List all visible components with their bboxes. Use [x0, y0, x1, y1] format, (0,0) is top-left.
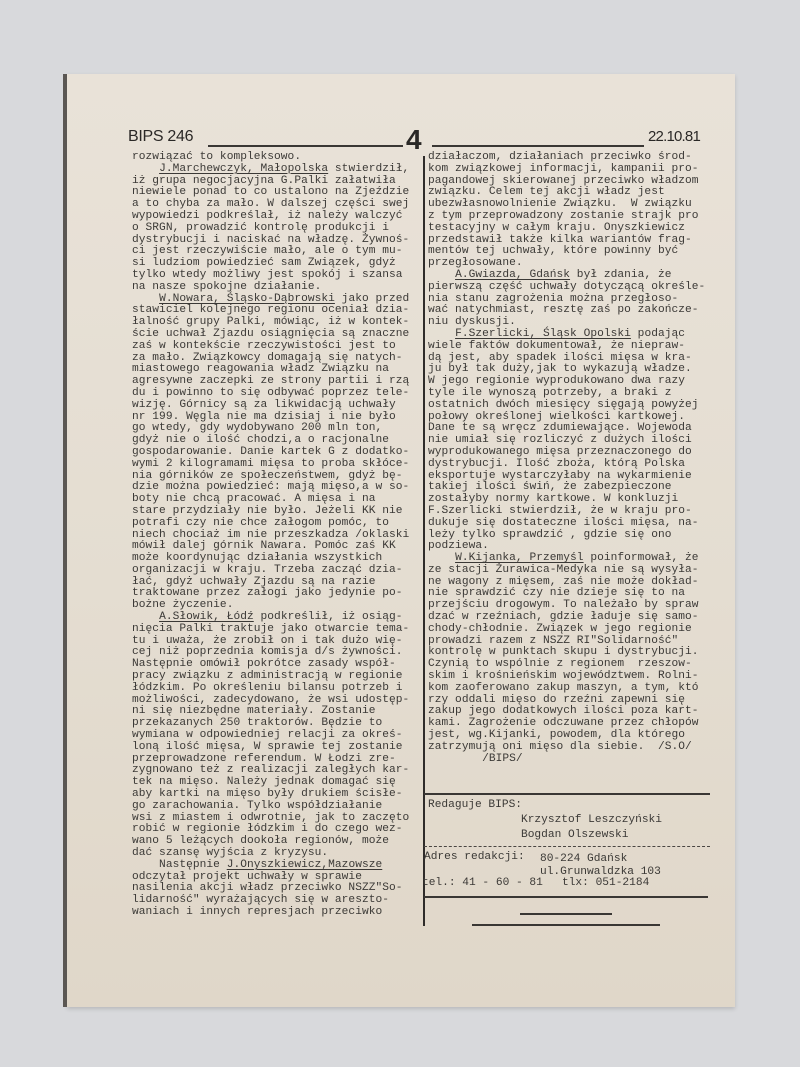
line-text: za mało. Związkowcy domagają się natych-	[132, 352, 403, 364]
line-text: kontrolę w punktach skupu i dystrybucji.	[428, 646, 699, 658]
line-text: o SRGN, prowadzić kontrolę produkcji i	[132, 222, 389, 234]
line-text: leży tylko sprawdzić , gdzie się ono	[428, 529, 672, 541]
editors-label: Redaguje BIPS:	[428, 800, 522, 812]
line-text: niech chociaż im nie przeszkadza /oklask…	[132, 529, 409, 541]
line-text: chody-chłodnie. Związek w jego regionie	[428, 623, 692, 635]
column-divider	[423, 156, 425, 926]
line-text: dystrybucji i naciskać na władzę. Żywnoś…	[132, 234, 409, 246]
line-text: łódzkim. Po określeniu bilansu potrzeb i	[132, 682, 403, 694]
line-text: przegłosowane.	[428, 257, 523, 269]
line-text: był zdania, że	[570, 269, 671, 281]
line-text: ju był tak duży,jak to wykazują władze.	[428, 363, 692, 375]
line-text: wano 5 leżących dookoła regionów, może	[132, 835, 389, 847]
line-text: W jego regionie wyprodukowano dwa razy	[428, 375, 685, 387]
line-text: zakup jego dodatkowych ilości poza kart-	[428, 705, 699, 717]
text-line: waniach i innych represjach przeciwko	[132, 907, 409, 919]
line-text: może koordynując działania wszystkich	[132, 552, 382, 564]
line-text: wać natychmiast, resztę zaś po zakończe-	[428, 304, 699, 316]
line-text: lidarność" wyrażających się w areszto-	[132, 894, 389, 906]
footer-box-bottom-rule	[424, 896, 708, 898]
line-text: związku. Celem tej akcji władz jest	[428, 186, 665, 198]
line-text: jako przed	[335, 293, 409, 305]
header-rule-left	[208, 145, 403, 147]
line-text: tyle ile wynoszą potrzeby, a braki z	[428, 387, 672, 399]
speaker-name: J.Onyszkiewicz,Mazowsze	[227, 859, 383, 871]
line-text: możliwości, zadecydowano, że wsi udostęp…	[132, 694, 409, 706]
speaker-name: A.Słowik, Łódź	[159, 611, 254, 623]
telex-number: tlx: 051-2184	[562, 878, 649, 890]
line-text: Dane te są wręcz zdumiewające. Wojewoda	[428, 422, 692, 434]
line-text: kom zaoferowano zakup maszyn, a tym, któ	[428, 682, 699, 694]
left-column-text: rozwiązać to kompleksowo. J.Marchewczyk,…	[132, 152, 409, 919]
line-text: dać szansę wyjścia z kryzysu.	[132, 847, 328, 859]
line-text: łalność grupy Palki, mówiąc, iż w kontek…	[132, 316, 409, 328]
line-text: prowadzi razem z NSZZ RI"Solidarność"	[428, 635, 678, 647]
line-text: potrafi czy nie chce załogom pomóc, to	[132, 517, 389, 529]
line-text: stawiciel kolejnego regionu oceniał dzia…	[132, 304, 409, 316]
line-text: wsi z miastem i odwrotnie, jak to zaczęt…	[132, 812, 409, 824]
line-text: boty nie chcą pracować. A mięsa i na	[132, 493, 376, 505]
line-text: dystrybucji. Ilość zboża, którą Polska	[428, 458, 685, 470]
line-text: ne wagony z mięsem, zaś nie może dokład-	[428, 576, 699, 588]
line-text: dzać w rzeźniach, gdzie ładuje się samo-	[428, 611, 699, 623]
page-number: 4	[406, 124, 422, 146]
line-text: organizacji w kraju. Trzeba zacząć dzia-	[132, 564, 403, 576]
line-text: ni się niezbędne materiały. Zostanie	[132, 705, 376, 717]
speaker-name: W.Kijanka, Przemyśl	[455, 552, 584, 564]
line-text: pagandowej skierowanej przeciwko władzom	[428, 175, 699, 187]
line-text: zostałyby normy kartkowe. W konkluzji	[428, 493, 678, 505]
line-text: agresywne zaczepki ze strony partii i rz…	[132, 375, 409, 387]
line-text: mentów tej uchwały, które powinny być	[428, 245, 678, 257]
line-text: podkreślił, iż osiąg-	[254, 611, 403, 623]
speaker-name: F.Szerlicki, Śląsk Opolski	[455, 328, 631, 340]
line-text: bożne życzenie.	[132, 599, 233, 611]
line-text: przejściu drogowym. To należało by spraw	[428, 599, 699, 611]
header-rule-right	[432, 145, 644, 147]
address-label: Adres redakcji:	[424, 852, 525, 864]
line-text: robić w regionie łódzkim i do czego wez-	[132, 823, 403, 835]
speaker-name: W.Nowara, Śląsko-Dąbrowski	[159, 293, 335, 305]
line-text: takiej ilości świń, że zabezpieczone	[428, 481, 672, 493]
line-text: kom związkowej informacji, kampanii pro-	[428, 163, 699, 175]
line-text: iż grupa negocjacyjna G.Palki załatwiła	[132, 175, 396, 187]
line-text: wymiana w odpowiedniej relacji za okreś-	[132, 729, 403, 741]
line-text: gdyż nie o ilość chodzi,a o racjonalne	[132, 434, 389, 446]
line-text: ubezwłasnowolnienie Związku. W związku	[428, 198, 692, 210]
line-text: tu i uważa, że zrobił on i tak dużo wię-	[132, 635, 403, 647]
line-text: du i powinno to się odbywać poprzez tele…	[132, 387, 409, 399]
indent: Następnie	[132, 859, 227, 871]
line-text: tek na mięso. Należy jednak domagać się	[132, 776, 396, 788]
line-text: go wtedy, gdy wydobywano 200 mln ton,	[132, 422, 382, 434]
line-text: dzie można powiedzieć: mają mięso,a w so…	[132, 481, 409, 493]
line-text: działaczom, działaniach przeciwko środ-	[428, 151, 692, 163]
line-text: go zarachowania. Tylko współdziałanie	[132, 800, 382, 812]
line-text: F.Szerlicki stwierdził, że w kraju pro-	[428, 505, 692, 517]
line-text: waniach i innych represjach przeciwko	[132, 906, 382, 918]
line-text: zaś w kontekście rzeczywistości jest to	[132, 340, 396, 352]
right-column-text: działaczom, działaniach przeciwko środ-k…	[428, 152, 705, 765]
line-text: wypowiedzi podkreślał, iż należy walczyć	[132, 210, 403, 222]
line-text: gospodarowanie. Danie kartek G z dodatko…	[132, 446, 409, 458]
line-text: niu dyskusji.	[428, 316, 516, 328]
line-text: skim i krośnieńskim województwem. Rolni-	[428, 670, 699, 682]
line-text: wizję. Górnicy są za likwidacją uchwały	[132, 399, 396, 411]
line-text: ście uchwał Zjazdu osiągnięcia są znaczn…	[132, 328, 409, 340]
line-text: zatrzymują oni mięso dla siebie. /S.O/	[428, 741, 692, 753]
indent	[428, 328, 455, 340]
indent	[132, 611, 159, 623]
issue-date: 22.10.81	[648, 128, 700, 150]
speaker-name: J.Marchewczyk, Małopolska	[159, 163, 328, 175]
line-text: wiele faktów dokumentował, że niepraw-	[428, 340, 685, 352]
line-text: z tym przeprowadzony zostanie strajk pro	[428, 210, 699, 222]
footer-box-dashed-rule	[424, 846, 710, 847]
line-text: rozwiązać to kompleksowo.	[132, 151, 301, 163]
closing-rule-long	[472, 924, 660, 926]
phone-number: tel.: 41 - 60 - 81	[422, 878, 543, 890]
indent	[428, 269, 455, 281]
line-text: /BIPS/	[428, 753, 523, 765]
line-text: nie umiał się rozliczyć z dużych ilości	[428, 434, 692, 446]
line-text: dą jest, aby spadek ilości mięsa w kra-	[428, 352, 692, 364]
speaker-name: A.Gwiazda, Gdańsk	[455, 269, 570, 281]
line-text: łać, gdyż uchwały Zjazdu są na razie	[132, 576, 376, 588]
indent	[132, 163, 159, 175]
line-text: nia górników ze społeczeństwem, gdyż bę-	[132, 470, 403, 482]
line-text: cej niż poprzednia komisja d/s żywności.	[132, 646, 403, 658]
newsletter-title: BIPS 246	[128, 128, 193, 150]
indent	[428, 552, 455, 564]
footer-box-top-rule	[424, 793, 710, 795]
line-text: podając	[631, 328, 685, 340]
line-text: przedstawił także kilka wariantów frag-	[428, 234, 692, 246]
line-text: aby kartki na mięso były drukiem ścisłe-	[132, 788, 403, 800]
line-text: a to chyba za mało. W dalszej części swe…	[132, 198, 409, 210]
line-text: si ludziom powiedzieć sam Związek, gdyż	[132, 257, 396, 269]
line-text: poinformował, że	[584, 552, 699, 564]
line-text: mówił dalej górnik Nawara. Pomóc zaś KK	[132, 540, 396, 552]
line-text: wymi 2 kilogramami mięsa to proba skłóce…	[132, 458, 409, 470]
line-text: Następnie omówił pokrótce zasady współ-	[132, 658, 396, 670]
line-text: traktowane przez załogi jako jedynie po-	[132, 587, 403, 599]
line-text: niewiele ponad to co ustalono na Zjeździ…	[132, 186, 409, 198]
line-text: rzy oddali mięso do rzeźni zapewni się	[428, 694, 685, 706]
line-text: Czynią to wspólnie z regionem rzeszow-	[428, 658, 692, 670]
line-text: podziewa.	[428, 540, 489, 552]
line-text: zygnowano też z realizacji zaległych kar…	[132, 764, 409, 776]
line-text: wyprodukowanego mięsa przeznaczonego do	[428, 446, 692, 458]
line-text: stare przydziały nie było. Jeżeli KK nie	[132, 505, 403, 517]
line-text: kami. Zagrożenie odczuwane przez chłopów	[428, 717, 699, 729]
line-text: odczytał projekt uchwały w sprawie	[132, 871, 362, 883]
editor-name: Bogdan Olszewski	[521, 830, 628, 842]
line-text: nr 199. Węgla nie ma dzisiaj i nie było	[132, 411, 396, 423]
line-text: loną ilość mięsa, W sprawie tej zostanie	[132, 741, 403, 753]
line-text: przeprowadzone referendum. W Łodzi zre-	[132, 753, 396, 765]
closing-rule-short	[520, 913, 612, 915]
line-text: nięcia Palki traktuje jako otwarcie tema…	[132, 623, 409, 635]
line-text: stwierdził,	[328, 163, 409, 175]
line-text: nie sprawdzić czy nie dzieje się to na	[428, 587, 685, 599]
line-text: połowy określonej wielkości kartkowej.	[428, 411, 685, 423]
line-text: nasilenia akcji władz przeciwko NSZZ"So-	[132, 882, 403, 894]
line-text: pracy związku z administracją w regionie	[132, 670, 403, 682]
line-text: pierwszą część uchwały dotyczącą określe…	[428, 281, 705, 293]
line-text: miastowego reagowania władz Związku na	[132, 363, 389, 375]
line-text: ostatnich dwóch miesięcy sięgają powyżej	[428, 399, 699, 411]
text-line: /BIPS/	[428, 754, 705, 766]
line-text: tylko wtedy możliwy jest spokój i szansa	[132, 269, 403, 281]
line-text: ci jest rzeczywiście mało, ale o tym mu-	[132, 245, 403, 257]
line-text: dukuje się dostateczne ilości mięsa, na-	[428, 517, 699, 529]
line-text: ze stacji Żurawica-Medyka nie są wysyła-	[428, 564, 699, 576]
line-text: nia stanu zagrożenia można przegłoso-	[428, 293, 678, 305]
editor-name: Krzysztof Leszczyński	[521, 815, 662, 827]
address-line: 80-224 Gdańsk	[540, 854, 627, 866]
line-text: na nasze spokojne działanie.	[132, 281, 321, 293]
line-text: przekazanych 250 traktorów. Będzie to	[132, 717, 382, 729]
line-text: testacyjny w całym kraju. Onyszkiewicz	[428, 222, 685, 234]
line-text: jest, wg.Kijanki, powodem, dla którego	[428, 729, 685, 741]
line-text: eksportuje wystarczyłaby na wykarmienie	[428, 470, 692, 482]
indent	[132, 293, 159, 305]
